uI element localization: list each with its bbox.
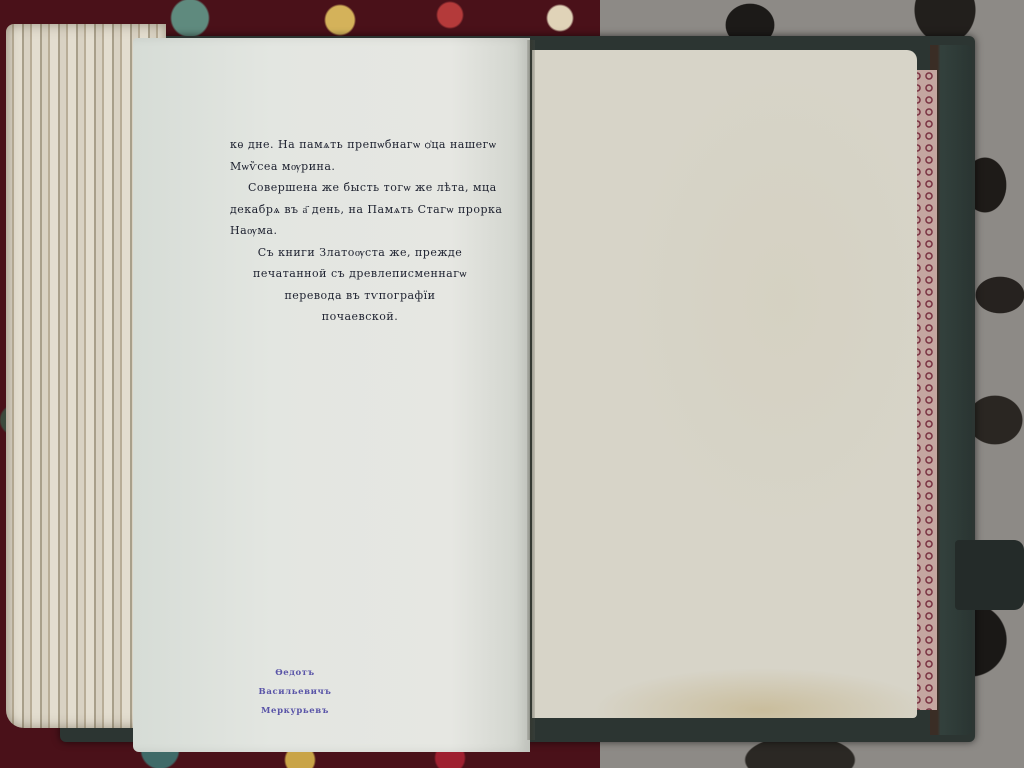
text-line: Совершена же бысть тогѡ же лѣта, мца	[230, 177, 510, 199]
text-line: почаевской.	[230, 306, 490, 328]
text-line: Мѡѷсеа мѹрина.	[230, 156, 510, 178]
text-line: Съ книги Златоѹста же, прежде	[230, 242, 490, 264]
right-page	[532, 50, 917, 718]
text-line: печатанной съ древлеписменнагѡ	[230, 263, 490, 285]
colophon-text: кѳ дне. На памѧть препѡбнагѡ ѻ҆ца нашегѡ…	[230, 134, 510, 328]
book-gutter	[527, 40, 535, 740]
owner-stamp: Ѳедотъ Васильевичъ Меркурьевъ	[240, 664, 350, 721]
text-line: перевода въ тѵпографїи	[230, 285, 490, 307]
text-line: Наѹма.	[230, 220, 510, 242]
stamp-line-surname: Меркурьевъ	[240, 702, 350, 721]
text-line: кѳ дне. На памѧть препѡбнагѡ ѻ҆ца нашегѡ	[230, 134, 510, 156]
text-line: декабрѧ въ а҃ день, на Памѧть Стагѡ прор…	[230, 199, 510, 221]
book-clasp	[955, 540, 1024, 610]
stamp-line-name: Ѳедотъ Васильевичъ	[240, 664, 350, 702]
